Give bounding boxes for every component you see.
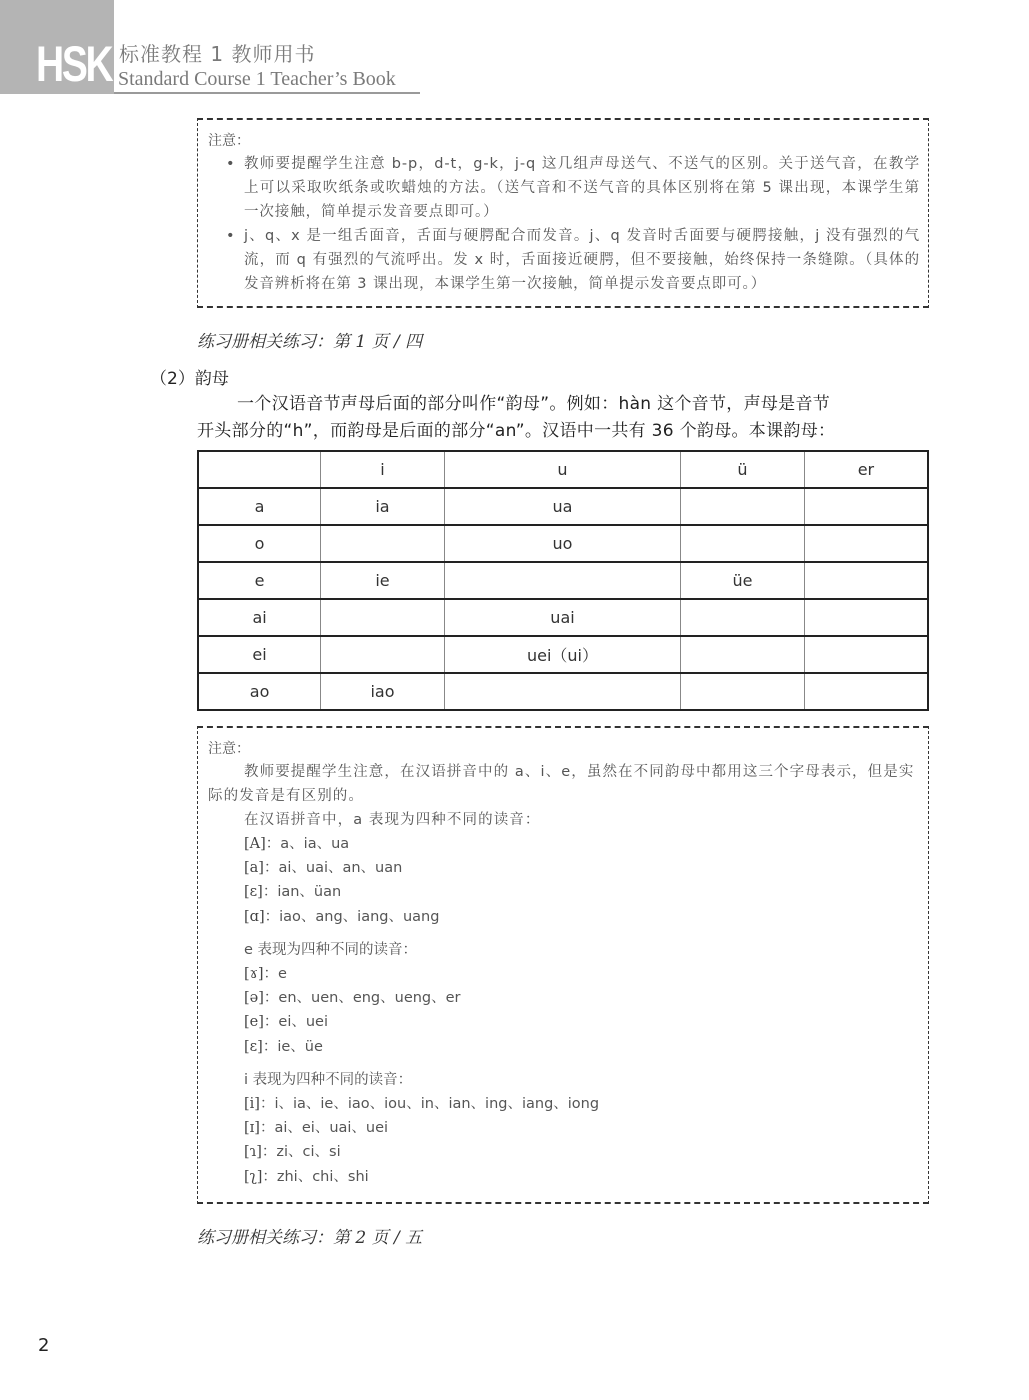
table-cell [444, 562, 680, 599]
ipa-symbol: [ɑ] [244, 909, 265, 925]
table-cell: ia [321, 488, 445, 525]
table-cell [804, 562, 928, 599]
table-cell [804, 673, 928, 710]
ipa-items: ：ei、uei [264, 1014, 328, 1030]
ipa-symbol: [ɛ] [244, 884, 263, 900]
ipa-line: [ʅ]：zhi、chi、shi [208, 1165, 920, 1189]
ipa-items: ：en、uen、eng、ueng、er [264, 990, 461, 1006]
finals-table: i u ü er a ia ua o uo e ie üe ai uai ei … [197, 450, 929, 711]
table-cell [681, 525, 805, 562]
intro-line: 一个汉语音节声母后面的部分叫作“韵母”。例如：hàn 这个音节，声母是音节 [197, 391, 931, 418]
table-row: o uo [198, 525, 928, 562]
book-title-en: Standard Course 1 Teacher’s Book [118, 68, 396, 91]
ipa-symbol: [ɤ] [244, 966, 264, 982]
note-title: 注意： [208, 738, 920, 760]
table-cell: ai [198, 599, 321, 636]
ipa-items: ：iao、ang、iang、uang [265, 909, 440, 925]
note-bullet: 教师要提醒学生注意 b-p，d-t，g-k，j-q 这几组声母送气、不送气的区别… [208, 152, 920, 224]
note-paragraph-i-intro: i 表现为四种不同的读音： [208, 1068, 920, 1092]
header-logo-block: HSK [0, 0, 114, 94]
table-cell: üe [681, 562, 805, 599]
table-cell: ao [198, 673, 321, 710]
table-cell [321, 636, 445, 673]
ipa-items: ：ian、üan [263, 884, 341, 900]
table-header-cell: ü [681, 451, 805, 488]
book-title-cn: 标准教程 1 教师用书 [119, 38, 315, 67]
ipa-symbol: [ə] [244, 990, 264, 1006]
ipa-symbol: [ʅ] [244, 1169, 262, 1185]
ipa-line: [e]：ei、uei [208, 1010, 920, 1034]
table-cell: ua [444, 488, 680, 525]
ipa-line: [ɛ]：ie、üe [208, 1035, 920, 1059]
table-cell [321, 599, 445, 636]
table-cell [804, 488, 928, 525]
intro-line: 开头部分的“h”，而韵母是后面的部分“an”。汉语中一共有 36 个韵母。本课韵… [197, 421, 835, 441]
table-row: a ia ua [198, 488, 928, 525]
table-cell [681, 673, 805, 710]
table-header-cell: u [444, 451, 680, 488]
ipa-items: ：ai、ei、uai、uei [260, 1120, 388, 1136]
ipa-line: [i]：i、ia、ie、iao、iou、in、ian、ing、iang、iong [208, 1092, 920, 1116]
section-intro: 一个汉语音节声母后面的部分叫作“韵母”。例如：hàn 这个音节，声母是音节 开头… [197, 391, 931, 445]
ipa-items: ：zi、ci、si [262, 1144, 341, 1160]
table-cell [444, 673, 680, 710]
ipa-symbol: [ɛ] [244, 1039, 263, 1055]
note-box-finals: 注意： 教师要提醒学生注意，在汉语拼音中的 a、i、e，虽然在不同韵母中都用这三… [197, 726, 929, 1204]
table-cell: iao [321, 673, 445, 710]
ipa-line: [ə]：en、uen、eng、ueng、er [208, 986, 920, 1010]
note-box-initials: 注意： 教师要提醒学生注意 b-p，d-t，g-k，j-q 这几组声母送气、不送… [197, 118, 929, 308]
ipa-line: [ɛ]：ian、üan [208, 880, 920, 904]
ipa-line: [ɑ]：iao、ang、iang、uang [208, 905, 920, 929]
ipa-line: [ɿ]：zi、ci、si [208, 1140, 920, 1164]
ipa-items: ：e [264, 966, 287, 982]
table-header-cell: er [804, 451, 928, 488]
table-header-row: i u ü er [198, 451, 928, 488]
note-paragraph-a-intro: 在汉语拼音中，a 表现为四种不同的读音： [208, 808, 920, 832]
ipa-items: ：a、ia、ua [266, 836, 349, 852]
ipa-items: ：zhi、chi、shi [262, 1169, 368, 1185]
ipa-symbol: [ɿ] [244, 1144, 262, 1160]
note-title: 注意： [208, 130, 920, 152]
header-underline [114, 92, 420, 94]
ipa-symbol: [i] [244, 1096, 260, 1112]
table-row: ei uei（ui） [198, 636, 928, 673]
table-cell [804, 525, 928, 562]
table-header-cell [198, 451, 321, 488]
note-paragraph-e-intro: e 表现为四种不同的读音： [208, 938, 920, 962]
table-row: ao iao [198, 673, 928, 710]
ipa-line: [A]：a、ia、ua [208, 832, 920, 856]
ipa-symbol: [a] [244, 860, 264, 876]
table-cell [681, 488, 805, 525]
ipa-items: ：ie、üe [263, 1039, 323, 1055]
table-cell: ie [321, 562, 445, 599]
table-cell: ei [198, 636, 321, 673]
ipa-items: ：i、ia、ie、iao、iou、in、ian、ing、iang、iong [260, 1096, 599, 1112]
table-cell: a [198, 488, 321, 525]
table-cell: o [198, 525, 321, 562]
ipa-items: ：ai、uai、an、uan [264, 860, 402, 876]
ipa-symbol: [ɪ] [244, 1120, 260, 1136]
table-cell [804, 636, 928, 673]
table-cell: uei（ui） [444, 636, 680, 673]
ipa-symbol: [e] [244, 1014, 264, 1030]
hsk-logo: HSK [36, 36, 111, 92]
note-bullet: j、q、x 是一组舌面音，舌面与硬腭配合而发音。j、q 发音时舌面要与硬腭接触，… [208, 224, 920, 296]
ipa-line: [ɪ]：ai、ei、uai、uei [208, 1116, 920, 1140]
table-cell: uai [444, 599, 680, 636]
page-number: 2 [38, 1335, 49, 1356]
ipa-line: [ɤ]：e [208, 962, 920, 986]
table-row: ai uai [198, 599, 928, 636]
ipa-line: [a]：ai、uai、an、uan [208, 856, 920, 880]
table-cell [321, 525, 445, 562]
table-cell [681, 636, 805, 673]
section-title-finals: （2）韵母 [150, 364, 229, 389]
table-cell [681, 599, 805, 636]
ipa-symbol: [A] [244, 836, 266, 852]
table-cell: uo [444, 525, 680, 562]
workbook-reference: 练习册相关练习：第 1 页 / 四 [197, 327, 422, 352]
table-header-cell: i [321, 451, 445, 488]
note-paragraph: 教师要提醒学生注意，在汉语拼音中的 a、i、e，虽然在不同韵母中都用这三个字母表… [208, 760, 920, 808]
workbook-reference: 练习册相关练习：第 2 页 / 五 [197, 1223, 422, 1248]
table-cell: e [198, 562, 321, 599]
table-row: e ie üe [198, 562, 928, 599]
table-cell [804, 599, 928, 636]
